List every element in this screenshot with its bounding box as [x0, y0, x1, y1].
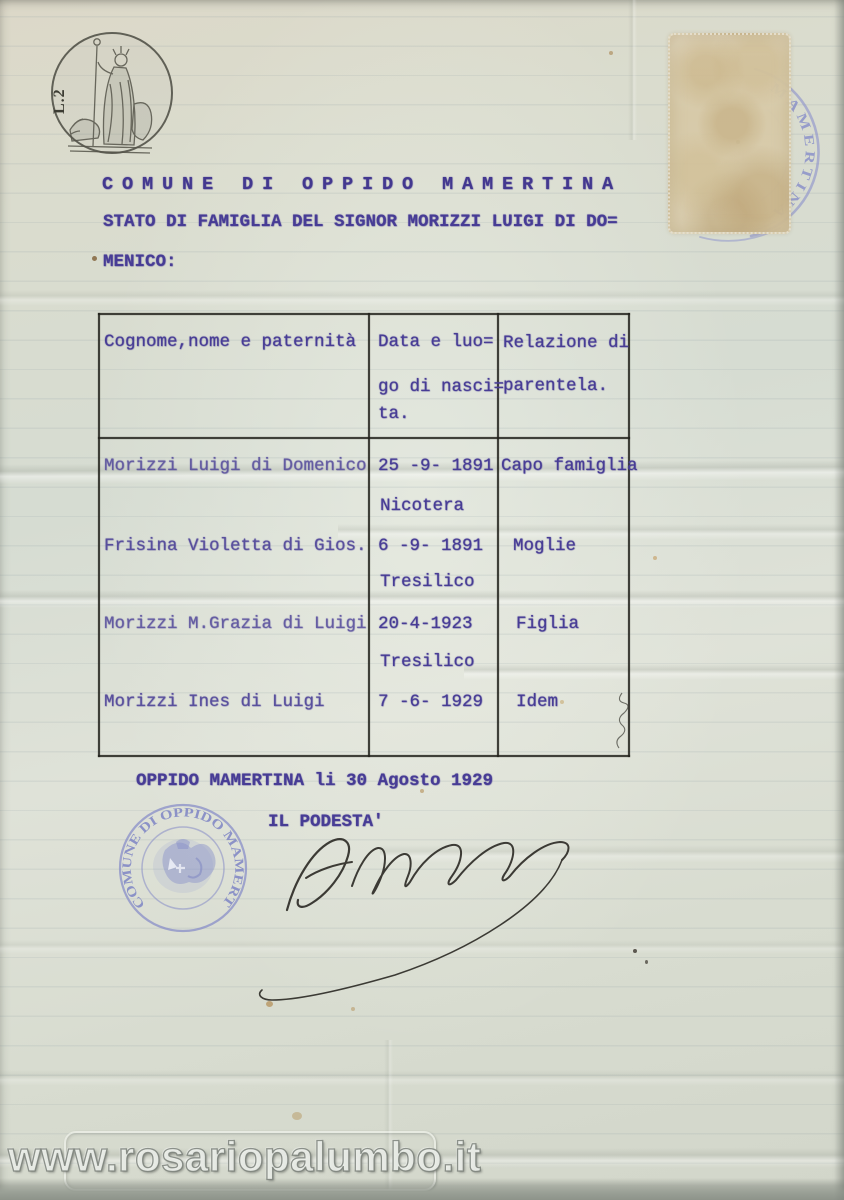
seal-ring — [52, 33, 172, 153]
row-birthdate: 7 -6- 1929 — [378, 694, 483, 712]
document-title: COMUNE DI OPPIDO MAMERTINA — [102, 176, 622, 195]
table-border-right — [628, 313, 630, 757]
document-page: MAMERTINA L.2 COMUNE DI OPPIDO MAMERTINA… — [0, 0, 844, 1200]
subtitle-line-1: STATO DI FAMIGLIA DEL SIGNOR MORIZZI LUI… — [103, 214, 618, 232]
stain — [633, 949, 637, 953]
header-row-divider — [98, 437, 630, 439]
col3-header-line: Relazione di — [503, 335, 629, 353]
row-birthdate: 20-4-1923 — [378, 616, 473, 634]
row-name: Frisina Violetta di Gios. — [104, 538, 367, 556]
crease — [0, 290, 844, 306]
stain — [609, 51, 613, 55]
column-divider-1 — [368, 313, 370, 757]
row-relation: Figlia — [516, 616, 579, 634]
watermark: www.rosariopalumbo.it — [8, 1136, 481, 1178]
crease — [0, 940, 844, 954]
table-border-bottom — [98, 755, 630, 757]
row-name: Morizzi M.Grazia di Luigi — [104, 616, 367, 634]
row-birthdate: 6 -9- 1891 — [378, 538, 483, 556]
tax-stamp — [668, 33, 791, 234]
crease — [464, 664, 844, 680]
table-border-top — [98, 313, 630, 315]
row-birthdate: 25 -9- 1891 — [378, 458, 494, 476]
crease — [628, 0, 637, 140]
stain — [92, 256, 97, 261]
subtitle-line-2: MENICO: — [103, 254, 177, 272]
allegorical-figure-icon — [68, 39, 152, 153]
pen-squiggle — [617, 693, 628, 748]
page-bottom-edge — [0, 1178, 844, 1200]
stain — [653, 556, 657, 560]
stain — [292, 1112, 302, 1120]
row-birthplace: Nicotera — [380, 498, 464, 516]
row-relation: Capo famiglia — [501, 458, 638, 476]
stain — [645, 960, 648, 964]
row-birthplace: Tresilico — [380, 574, 475, 592]
revenue-seal: L.2 — [40, 22, 200, 182]
col1-header: Cognome,nome e paternità — [104, 334, 356, 352]
seal-denomination: L.2 — [51, 88, 68, 114]
crease — [0, 590, 844, 608]
row-name: Morizzi Ines di Luigi — [104, 694, 325, 712]
stain — [560, 700, 564, 704]
col2-header-line: ta. — [378, 406, 410, 424]
col2-header-line: go di nasci= — [378, 379, 504, 397]
signer-title: IL PODESTA' — [268, 814, 384, 832]
stain — [266, 1001, 273, 1007]
row-relation: Moglie — [513, 538, 576, 556]
stain — [351, 1007, 355, 1011]
row-birthplace: Tresilico — [380, 654, 475, 672]
dateline: OPPIDO MAMERTINA li 30 Agosto 1929 — [136, 773, 493, 791]
table-border-left — [98, 313, 100, 757]
col2-header-line: Data e luo= — [378, 334, 494, 352]
coat-of-arms-icon — [153, 839, 216, 893]
page-right-edge — [834, 0, 844, 1200]
col3-header-line: parentela. — [503, 378, 608, 396]
crease — [0, 1070, 844, 1086]
row-relation: Idem — [516, 694, 558, 712]
row-name: Morizzi Luigi di Domenico — [104, 458, 367, 476]
crease — [380, 845, 844, 863]
